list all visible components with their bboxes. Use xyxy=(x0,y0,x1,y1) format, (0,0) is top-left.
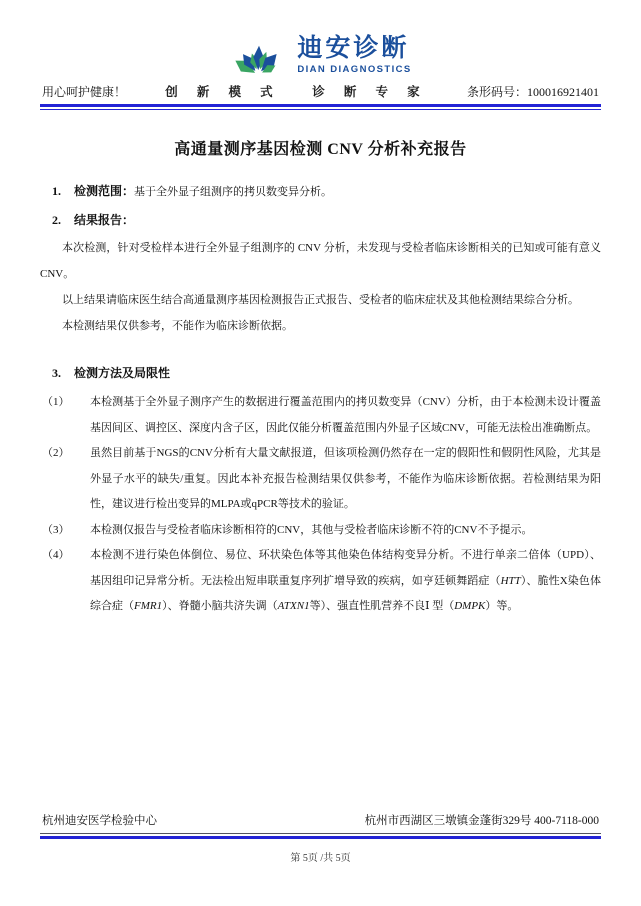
section-results: 2.结果报告： xyxy=(40,206,601,235)
limitation-text: 本检测仅报告与受检者临床诊断相符的CNV，其他与受检者临床诊断不符的CNV不予提… xyxy=(90,524,532,536)
care-note: 用心呵护健康！ xyxy=(42,83,126,100)
results-paragraph-3: 本检测结果仅供参考，不能作为临床诊断依据。 xyxy=(40,313,601,339)
header-row: 用心呵护健康！ 创 新 模 式 诊 断 专 家 条形码号：10001692140… xyxy=(0,82,641,100)
logo-text: 迪安诊断 DIAN DIAGNOSTICS xyxy=(297,36,411,75)
limitation-number: （3） xyxy=(42,518,70,544)
limitation-text: 虽然目前基于NGS的CNV分析有大量文献报道，但该项检测仍然存在一定的假阳性和假… xyxy=(90,447,601,510)
section-scope-label: 检测范围： xyxy=(74,184,134,198)
report-body: 1.检测范围：基于全外显子组测序的拷贝数变异分析。 2.结果报告： 本次检测，针… xyxy=(0,177,641,620)
limitation-number: （1） xyxy=(42,390,70,416)
footer-rule-thin xyxy=(40,833,601,834)
barcode-number: 100016921401 xyxy=(527,85,599,99)
header-rule xyxy=(40,104,601,110)
limitation-number: （4） xyxy=(42,543,70,569)
section-methods-label: 检测方法及局限性 xyxy=(74,366,170,380)
limitation-item: （3）本检测仅报告与受检者临床诊断相符的CNV，其他与受检者临床诊断不符的CNV… xyxy=(40,518,601,544)
report-title: 高通量测序基因检测 CNV 分析补充报告 xyxy=(0,136,641,159)
page-indicator: 第 5页 /共 5页 xyxy=(40,849,601,864)
barcode: 条形码号：100016921401 xyxy=(467,83,599,100)
report-page: 迪安诊断 DIAN DIAGNOSTICS 用心呵护健康！ 创 新 模 式 诊 … xyxy=(0,0,641,906)
lab-address: 杭州市西湖区三墩镇金蓬街329号 400-7118-000 xyxy=(365,812,599,828)
footer-row: 杭州迪安医学检验中心 杭州市西湖区三墩镇金蓬街329号 400-7118-000 xyxy=(40,812,601,833)
dian-fan-icon xyxy=(229,34,287,76)
report-footer: 杭州迪安医学检验中心 杭州市西湖区三墩镇金蓬街329号 400-7118-000… xyxy=(40,812,601,864)
dian-logo: 迪安诊断 DIAN DIAGNOSTICS xyxy=(0,0,641,76)
limitation-item: （4）本检测不进行染色体倒位、易位、环状染色体等其他染色体结构变异分析。不进行单… xyxy=(40,543,601,620)
section-scope-number: 1. xyxy=(52,177,74,205)
barcode-label: 条形码号： xyxy=(467,85,527,99)
limitations-list: （1）本检测基于全外显子测序产生的数据进行覆盖范围内的拷贝数变异（CNV）分析，… xyxy=(40,390,601,620)
limitation-item: （1）本检测基于全外显子测序产生的数据进行覆盖范围内的拷贝数变异（CNV）分析，… xyxy=(40,390,601,441)
section-scope-text: 基于全外显子组测序的拷贝数变异分析。 xyxy=(134,186,332,198)
results-paragraph-2: 以上结果请临床医生结合高通量测序基因检测报告正式报告、受检者的临床症状及其他检测… xyxy=(40,287,601,313)
limitation-text: 本检测基于全外显子测序产生的数据进行覆盖范围内的拷贝数变异（CNV）分析，由于本… xyxy=(90,396,601,434)
section-scope: 1.检测范围：基于全外显子组测序的拷贝数变异分析。 xyxy=(40,177,601,206)
limitation-item: （2）虽然目前基于NGS的CNV分析有大量文献报道，但该项检测仍然存在一定的假阳… xyxy=(40,441,601,518)
section-methods-number: 3. xyxy=(52,359,74,387)
limitation-text: 本检测不进行染色体倒位、易位、环状染色体等其他染色体结构变异分析。不进行单亲二倍… xyxy=(90,549,601,612)
footer-rule-blue xyxy=(40,836,601,839)
logo-name-cn: 迪安诊断 xyxy=(297,36,411,61)
section-results-label: 结果报告： xyxy=(74,213,134,227)
limitation-number: （2） xyxy=(42,441,70,467)
results-paragraph-1: 本次检测，针对受检样本进行全外显子组测序的 CNV 分析，未发现与受检者临床诊断… xyxy=(40,235,601,287)
slogan: 创 新 模 式 诊 断 专 家 xyxy=(165,82,427,100)
section-methods: 3.检测方法及局限性 xyxy=(40,359,601,388)
logo-name-en: DIAN DIAGNOSTICS xyxy=(297,65,411,75)
section-results-number: 2. xyxy=(52,206,74,234)
lab-name: 杭州迪安医学检验中心 xyxy=(42,812,157,828)
